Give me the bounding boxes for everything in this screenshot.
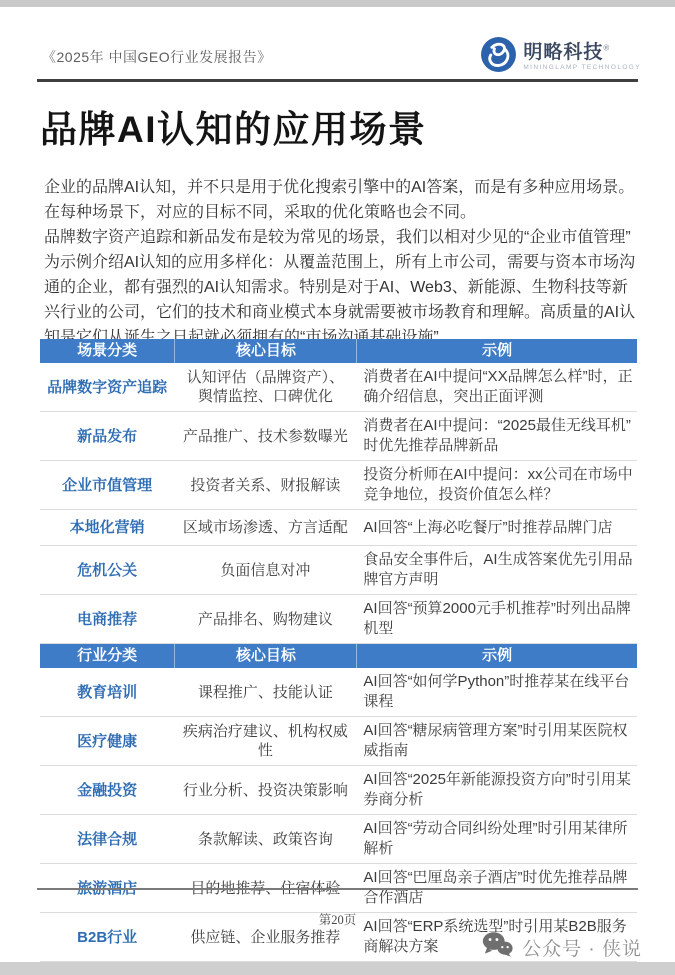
table-header-cell: 示例: [356, 644, 637, 668]
row-category: 危机公关: [40, 561, 174, 580]
table-row: 企业市值管理投资者关系、财报解读投资分析师在AI中提问：xx公司在市场中竞争地位…: [40, 461, 637, 510]
row-goal: 疾病治疗建议、机构权威性: [174, 722, 356, 760]
row-example: 食品安全事件后，AI生成答案优先引用品牌官方声明: [356, 548, 637, 592]
company-logo: 明略科技® MININGLAMP TECHNOLOGY: [480, 36, 641, 78]
footer-divider-rule: [37, 888, 638, 890]
row-goal: 负面信息对冲: [174, 561, 356, 580]
table-row: 品牌数字资产追踪认知评估（品牌资产）、舆情监控、口碑优化消费者在AI中提问“XX…: [40, 363, 637, 412]
table-row: 电商推荐产品排名、购物建议AI回答“预算2000元手机推荐”时列出品牌机型: [40, 595, 637, 644]
wechat-icon: [482, 931, 513, 963]
row-category: 本地化营销: [40, 518, 174, 537]
table-header-row: 行业分类核心目标示例: [40, 644, 637, 668]
page-top-edge: [0, 0, 675, 7]
table-header-cell: 示例: [356, 339, 637, 363]
table-row: 金融投资行业分析、投资决策影响AI回答“2025年新能源投资方向”时引用某券商分…: [40, 766, 637, 815]
page-number: 第20页: [0, 910, 675, 928]
row-goal: 条款解读、政策咨询: [174, 830, 356, 849]
row-category: B2B行业: [40, 928, 174, 947]
table-header-cell: 场景分类: [40, 339, 174, 363]
row-example: AI回答“如何学Python”时推荐某在线平台课程: [356, 670, 637, 714]
document-header: 《2025年 中国GEO行业发展报告》 明略科技® MININGLAMP TEC…: [42, 36, 641, 78]
table-row: 本地化营销区域市场渗透、方言适配AI回答“上海必吃餐厅”时推荐品牌门店: [40, 510, 637, 546]
row-example: AI回答“糖尿病管理方案”时引用某医院权威指南: [356, 719, 637, 763]
row-category: 法律合规: [40, 830, 174, 849]
row-example: AI回答“劳动合同纠纷处理”时引用某律所解析: [356, 817, 637, 861]
row-example: 投资分析师在AI中提问：xx公司在市场中竞争地位，投资价值怎么样？: [356, 463, 637, 507]
intro-paragraph-1: 企业的品牌AI认知，并不只是用于优化搜索引擎中的AI答案，而是有多种应用场景。在…: [44, 175, 638, 225]
page-bottom-edge: [0, 962, 675, 975]
watermark-text: 公众号 · 侠说: [522, 934, 642, 961]
row-category: 电商推荐: [40, 610, 174, 629]
table-row: 教育培训课程推广、技能认证AI回答“如何学Python”时推荐某在线平台课程: [40, 668, 637, 717]
logo-company-name: 明略科技®: [523, 43, 641, 62]
report-title: 《2025年 中国GEO行业发展报告》: [42, 47, 272, 67]
table-header-cell: 核心目标: [174, 644, 356, 668]
row-category: 品牌数字资产追踪: [40, 378, 174, 397]
row-example: AI回答“上海必吃餐厅”时推荐品牌门店: [356, 516, 637, 540]
page-title: 品牌AI认知的应用场景: [40, 99, 427, 153]
row-goal: 投资者关系、财报解读: [174, 476, 356, 495]
row-example: AI回答“预算2000元手机推荐”时列出品牌机型: [356, 597, 637, 641]
row-goal: 认知评估（品牌资产）、舆情监控、口碑优化: [174, 368, 356, 406]
table-row: 危机公关负面信息对冲食品安全事件后，AI生成答案优先引用品牌官方声明: [40, 546, 637, 595]
row-category: 医疗健康: [40, 732, 174, 751]
table-header-row: 场景分类核心目标示例: [40, 339, 637, 363]
row-goal: 课程推广、技能认证: [174, 683, 356, 702]
logo-english-subtext: MININGLAMP TECHNOLOGY: [523, 65, 641, 72]
header-divider-rule: [37, 79, 638, 82]
row-example: AI回答“2025年新能源投资方向”时引用某券商分析: [356, 768, 637, 812]
row-category: 企业市值管理: [40, 476, 174, 495]
report-page: { "header": { "report_title": "《2025年 中国…: [0, 0, 675, 975]
row-category: 新品发布: [40, 427, 174, 446]
wechat-watermark: 公众号 · 侠说: [482, 931, 642, 963]
row-goal: 区域市场渗透、方言适配: [174, 518, 356, 537]
table-row: 医疗健康疾病治疗建议、机构权威性AI回答“糖尿病管理方案”时引用某医院权威指南: [40, 717, 637, 766]
intro-text: 企业的品牌AI认知，并不只是用于优化搜索引擎中的AI答案，而是有多种应用场景。在…: [44, 175, 638, 350]
row-goal: 供应链、企业服务推荐: [174, 928, 356, 947]
registered-trademark: ®: [603, 43, 610, 52]
table-header-cell: 核心目标: [174, 339, 356, 363]
minglue-swirl-logo-icon: [480, 36, 517, 78]
row-example: 消费者在AI中提问“XX品牌怎么样”时，正确介绍信息，突出正面评测: [356, 365, 637, 409]
row-example: 消费者在AI中提问：“2025最佳无线耳机”时优先推荐品牌新品: [356, 414, 637, 458]
table-header-cell: 行业分类: [40, 644, 174, 668]
row-category: 金融投资: [40, 781, 174, 800]
row-goal: 行业分析、投资决策影响: [174, 781, 356, 800]
row-goal: 产品推广、技术参数曝光: [174, 427, 356, 446]
table-row: 新品发布产品推广、技术参数曝光消费者在AI中提问：“2025最佳无线耳机”时优先…: [40, 412, 637, 461]
row-goal: 产品排名、购物建议: [174, 610, 356, 629]
scenario-table: 场景分类核心目标示例品牌数字资产追踪认知评估（品牌资产）、舆情监控、口碑优化消费…: [40, 339, 637, 962]
intro-paragraph-2: 品牌数字资产追踪和新品发布是较为常见的场景，我们以相对少见的“企业市值管理”为示…: [44, 225, 638, 350]
row-category: 教育培训: [40, 683, 174, 702]
table-row: 法律合规条款解读、政策咨询AI回答“劳动合同纠纷处理”时引用某律所解析: [40, 815, 637, 864]
logo-text: 明略科技® MININGLAMP TECHNOLOGY: [523, 43, 641, 72]
